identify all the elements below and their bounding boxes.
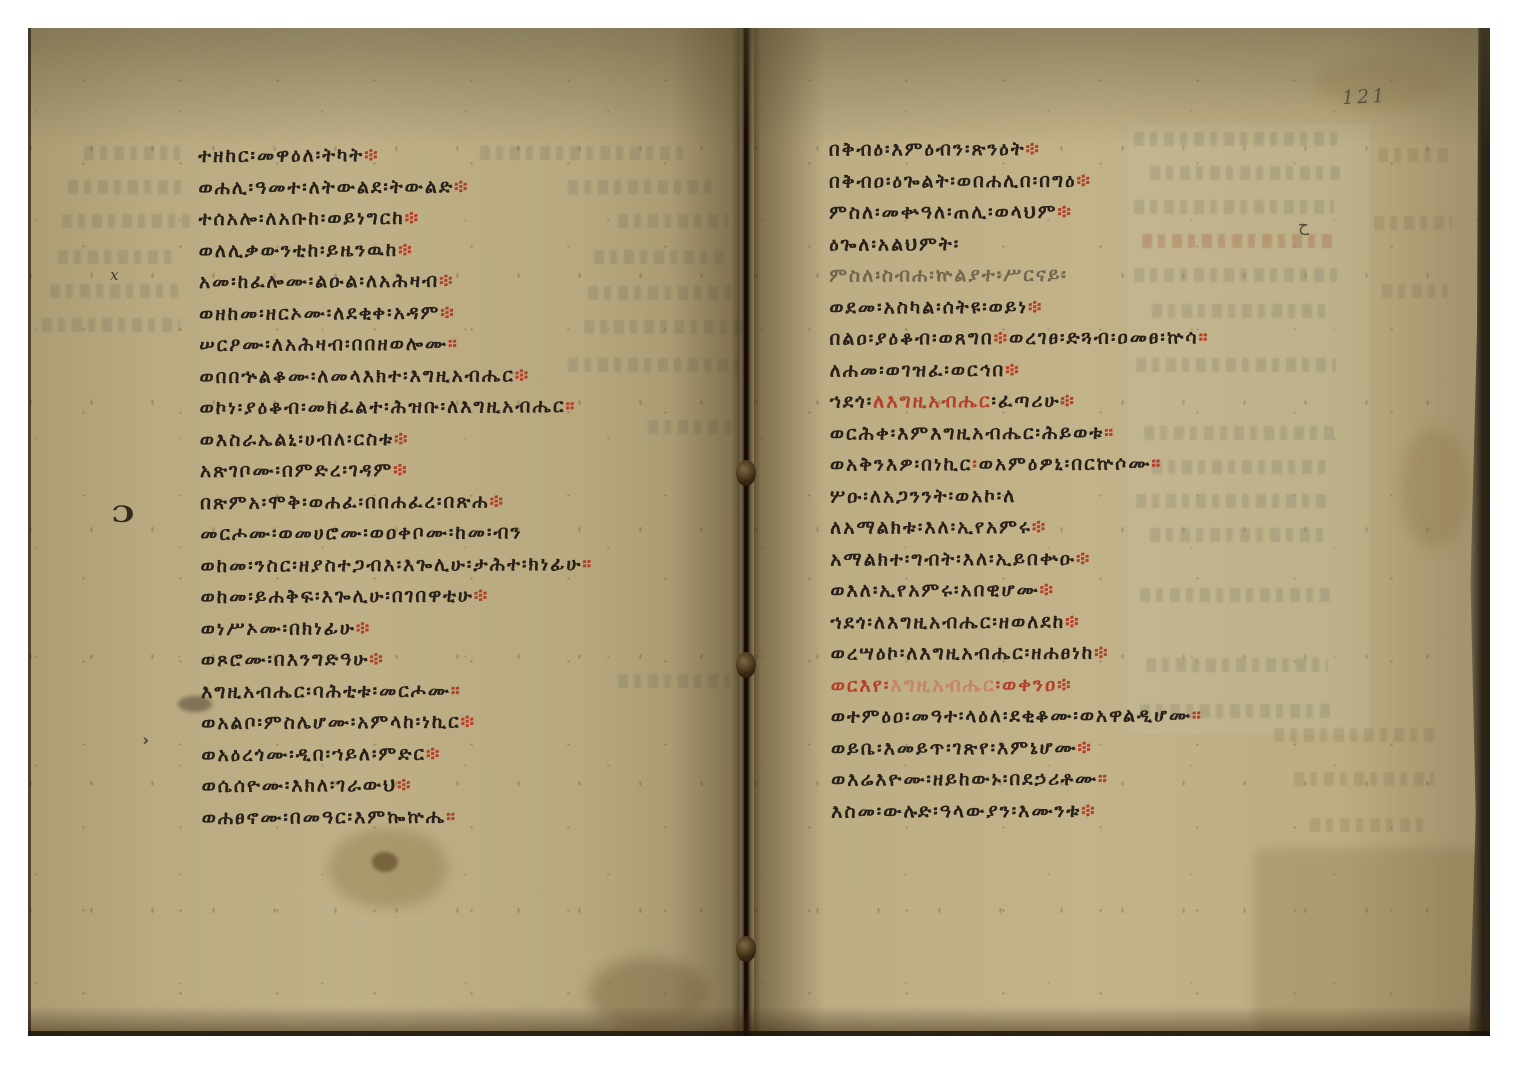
text-line: ወኮነ፡ያዕቆብ፡መክፈልተ፡ሕዝቡ፡ለእግዚአብሔር። <box>200 391 593 425</box>
body-text: ዕጐለ፡አልህምት፡ <box>829 233 960 255</box>
bleed-through-row <box>1274 728 1434 742</box>
body-text: ወኮነ፡ያዕቆብ፡መክፈልተ፡ሕዝቡ፡ለእግዚአብሔር <box>200 395 566 419</box>
body-text: ወርሕቀ፡እምእግዚአብሔር፡ሕይወቱ <box>830 421 1104 444</box>
body-text: ወአምዕዎኒ፡በርኵሶሙ <box>979 453 1152 476</box>
manuscript-photo: x Ɔ › <box>28 28 1490 1036</box>
rubricated-text: ። <box>1098 768 1109 790</box>
rubricated-text: ፨ <box>454 175 469 197</box>
text-line: ሦዑ፡ለአጋንንት፡ወአኮ፡ለ <box>830 480 1210 513</box>
body-text: ወእስራኤልኒ፡ሀብለ፡ርስቱ <box>200 428 394 451</box>
bleed-through-row <box>58 250 176 264</box>
rubricated-text: ወርእየ፡ <box>831 674 891 696</box>
text-line: በጽምአ፡ሞቅ፡ወሐፈ፡በበሐፈረ፡በጽሐ፨ <box>200 485 593 519</box>
body-text: ምስለ፡መቍዓለ፡ጠሊ፡ወላህም <box>829 201 1058 224</box>
page-torn-edge <box>1464 28 1490 1036</box>
text-line: ወአቅንእዎ፡በነኪር፡ወአምዕዎኒ፡በርኵሶሙ። <box>830 448 1210 481</box>
left-page-text: ተዘከር፡መዋዕለ፡ትካት፨ወሐሊ፡ዓመተ፡ለትውልደ፡ትውልድ፨ተሰአሎ፡ለአ… <box>198 139 594 834</box>
text-line: አማልክተ፡ግብት፡እለ፡ኢይበቍዑ፨ <box>830 543 1210 576</box>
text-line: ወደመ፡አስካል፡ሰትዩ፡ወይነ፨ <box>829 291 1209 324</box>
body-text: እስመ፡ውሉድ፡ዓላውያን፡እሙንቱ <box>831 799 1081 822</box>
text-line: ወይቤ፡እመይጥ፡ገጽየ፡እምኔሆሙ፨ <box>831 732 1211 765</box>
rubricated-text: ፨ <box>405 207 420 229</box>
bleed-through-row <box>50 284 178 298</box>
text-line: ወረሣዕኮ፡ለእግዚአብሔር፡ዘሐፀነከ፨ <box>831 637 1211 670</box>
body-text: ወጾሮሙ፡በእንግድዓሁ <box>201 648 370 671</box>
body-text: ምስለ፡ስብሐ፡ኵልያተ፡ሥርናይ፡ <box>829 264 1068 287</box>
text-line: አጽገቦሙ፡በምድረ፡ገዳም፨ <box>200 454 593 488</box>
body-text: አማልክተ፡ግብት፡እለ፡ኢይበቍዑ <box>830 547 1076 570</box>
rubricated-text: ፨ <box>356 617 371 639</box>
body-text: ወደመ፡አስካል፡ሰትዩ፡ወይነ <box>829 295 1028 318</box>
rubricated-text: ፨ <box>1076 547 1091 569</box>
binding-stitch-knot <box>736 652 756 678</box>
body-text: በቅብዐ፡ዕጐልት፡ወበሐሊበ፡በግዕ <box>829 169 1077 192</box>
gutter-shadow <box>754 28 824 1036</box>
body-text: በጽምአ፡ሞቅ፡ወሐፈ፡በበሐፈረ፡በጽሐ <box>200 490 490 514</box>
rubricated-text: ፨ <box>1028 295 1043 317</box>
binding-stitch-knot <box>736 460 756 486</box>
text-line: ወከመ፡ይሐቅፍ፡እጐሊሁ፡በገበዋቲሁ፨ <box>200 580 593 614</box>
body-text: ወረሣዕኮ፡ለእግዚአብሔር፡ዘሐፀነከ <box>831 642 1095 665</box>
body-text: ሦዑ፡ለአጋንንት፡ወአኮ፡ለ <box>830 485 1016 508</box>
margin-mark: › <box>142 730 149 751</box>
body-text: ለአማልክቱ፡እለ፡ኢየአምሩ <box>830 516 1032 539</box>
rubricated-text: ፨ <box>1005 358 1020 380</box>
body-text: ወነሥኦሙ፡በክነፊሁ <box>201 617 356 640</box>
rubricated-text: ፨ <box>393 459 408 481</box>
text-line: ወርእየ፡እግዚአብሔር፡ወቀንዐ፨ <box>831 669 1211 702</box>
text-line: ወአዕረጎሙ፡ዲበ፡ኀይለ፡ምድር፨ <box>201 737 594 771</box>
text-line: ወለሊቃውንቲከ፡ይዜንዉከ፨ <box>199 233 592 267</box>
rubricated-text: ፨ <box>1032 516 1047 538</box>
rubricated-text: ፨ <box>1057 673 1072 695</box>
text-line: ወከመ፡ንስር፡ዘያስተጋብእ፡እጐሊሁ፡ታሕተ፡ክነፊሁ። <box>200 548 593 582</box>
margin-mark: ح <box>1298 216 1309 236</box>
binding-stitch-knot <box>736 936 756 962</box>
photo-left-edge <box>28 28 31 1036</box>
body-text: ወከመ፡ይሐቅፍ፡እጐሊሁ፡በገበዋቲሁ <box>201 585 474 608</box>
body-text: አጽገቦሙ፡በምድረ፡ገዳም <box>200 459 393 482</box>
rubricated-text: ፨ <box>461 711 476 733</box>
text-line: ወርሕቀ፡እምእግዚአብሔር፡ሕይወቱ። <box>830 417 1210 450</box>
text-line: ኀደጎ፡ለእግዚአብሔር፡ፈጣሪሁ፨ <box>830 385 1210 418</box>
text-line: በልዐ፡ያዕቆብ፡ወጸግበ፨ወረገፀ፡ድጓብ፡ዐመፀ፡ኵሳ። <box>829 322 1209 355</box>
text-line: መርሖሙ፡ወመሀሮሙ፡ወዐቀቦሙ፡ከመ፡ብን <box>200 517 593 551</box>
body-text: በልዐ፡ያዕቆብ፡ወጸግበ <box>829 327 993 350</box>
text-line: ወእለ፡ኢየአምሩ፡አበዊሆሙ፨ <box>830 574 1210 607</box>
text-line: ወእስራኤልኒ፡ሀብለ፡ርስቱ፨ <box>200 422 593 456</box>
rubricated-text: ፨ <box>426 742 441 764</box>
rubricated-text: ፨ <box>1077 736 1092 758</box>
rubricated-text: ፨ <box>1057 201 1072 223</box>
text-line: በቅብዐ፡ዕጐልት፡ወበሐሊበ፡በግዕ፨ <box>829 165 1209 198</box>
photo-bottom-edge <box>28 1031 1490 1036</box>
rubricated-text: ፨ <box>398 238 413 260</box>
rubricated-text: ፨ <box>439 270 454 292</box>
body-text: ኀደጎ፡ለእግዚአብሔር፡ዘወለደከ <box>830 610 1065 633</box>
rubricated-text: ፨ <box>1094 642 1109 664</box>
gutter-shadow <box>670 28 740 1036</box>
stain <box>1400 428 1470 548</box>
gutter-line <box>744 28 748 1036</box>
photo-top-shadow <box>28 28 1490 148</box>
text-line: ወዘከመ፡ዘርኦሙ፡ለደቂቀ፡አዳም፨ <box>199 296 592 330</box>
body-text: ወእለ፡ኢየአምሩ፡አበዊሆሙ <box>830 579 1039 602</box>
body-text: ወሐፀኖሙ፡በመዓር፡እምኰኵሔ <box>202 805 447 828</box>
text-line: ምስለ፡መቍዓለ፡ጠሊ፡ወላህም፨ <box>829 196 1209 229</box>
text-line: ወሐፀኖሙ፡በመዓር፡እምኰኵሔ። <box>202 800 595 834</box>
text-line: አመ፡ከፈሎሙ፡ልዑል፡ለአሕዛብ፨ <box>199 265 592 299</box>
text-line: ሠርዖሙ፡ለአሕዛብ፡በበዘወሎሙ። <box>199 328 592 362</box>
text-line: ወሐሊ፡ዓመተ፡ለትውልደ፡ትውልድ፨ <box>198 170 591 204</box>
margin-mark: x <box>110 266 118 284</box>
rubricated-text: ፨ <box>1077 169 1092 191</box>
body-text: አመ፡ከፈሎሙ፡ልዑል፡ለአሕዛብ <box>199 270 439 293</box>
rubricated-text: ፨ <box>369 648 384 670</box>
text-line: ምስለ፡ስብሐ፡ኵልያተ፡ሥርናይ፡ <box>829 259 1209 292</box>
rubricated-text: ፨ <box>440 301 455 323</box>
stain <box>372 852 398 872</box>
rubricated-text: ። <box>582 552 593 574</box>
body-text: ወበበኍልቆሙ፡ለመላእክተ፡እግዚአብሔር <box>199 364 515 388</box>
rubricated-text: ። <box>565 395 576 417</box>
text-line: ወሴሰዮሙ፡እክለ፡ገራውህ፨ <box>201 769 594 803</box>
text-line: ዕጐለ፡አልህምት፡ <box>829 228 1209 261</box>
bleed-through-row <box>68 180 186 194</box>
body-text: ወለሊቃውንቲከ፡ይዜንዉከ <box>199 238 399 261</box>
text-line: ወተምዕዐ፡መዓተ፡ላዕለ፡ደቂቆሙ፡ወአዋልዲሆሙ። <box>831 700 1211 733</box>
text-line: ወነሥኦሙ፡በክነፊሁ፨ <box>201 611 594 645</box>
rubricated-text: ፨ <box>1060 390 1075 412</box>
bleed-through-row <box>42 318 180 332</box>
rubricated-text: ። <box>448 333 459 355</box>
rubricated-text: ፨ <box>489 490 504 512</box>
rubricated-text: ። <box>451 679 462 701</box>
body-text: ወይቤ፡እመይጥ፡ገጽየ፡እምኔሆሙ <box>831 736 1078 759</box>
text-line: ለሐመ፡ወገዝፈ፡ወርኅበ፨ <box>830 354 1210 387</box>
text-line: ወጾሮሙ፡በእንግድዓሁ፨ <box>201 643 594 677</box>
body-text: ሠርዖሙ፡ለአሕዛብ፡በበዘወሎሙ <box>199 333 448 356</box>
body-text: ወዘከመ፡ዘርኦሙ፡ለደቂቀ፡አዳም <box>199 301 440 324</box>
body-text: ወሐሊ፡ዓመተ፡ለትውልደ፡ትውልድ <box>198 175 454 198</box>
body-text: ወእሬእዮሙ፡ዘይከውኑ፡በደኃሪቶሙ <box>831 768 1098 791</box>
body-text: ወአልቦ፡ምስሌሆሙ፡አምላከ፡ነኪር <box>201 711 460 734</box>
rubricated-text: ። <box>1199 326 1210 348</box>
rubricated-text: ፨ <box>515 364 530 386</box>
rubricated-text: ። <box>1104 421 1115 443</box>
rubricated-text: ፡ወቀንዐ <box>996 673 1058 695</box>
body-text: ወተምዕዐ፡መዓተ፡ላዕለ፡ደቂቆሙ፡ወአዋልዲሆሙ <box>831 704 1192 727</box>
rubricated-text: ። <box>1151 453 1162 475</box>
body-text: መርሖሙ፡ወመሀሮሙ፡ወዐቀቦሙ፡ከመ፡ብን <box>200 521 522 545</box>
body-text: ወአቅንእዎ፡በነኪር <box>830 453 972 475</box>
binding-gutter <box>731 28 761 1036</box>
body-text: ወከመ፡ንስር፡ዘያስተጋብእ፡እጐሊሁ፡ታሕተ፡ክነፊሁ <box>200 553 582 577</box>
bleed-through-row <box>1310 818 1430 832</box>
right-page-text: በቅብዕ፡እምዕብን፡ጽንዕት፨በቅብዐ፡ዕጐልት፡ወበሐሊበ፡በግዕ፨ምስለ፡… <box>829 133 1211 827</box>
text-line: እግዚአብሔር፡ባሕቲቱ፡መርሖሙ። <box>201 674 594 708</box>
rubricated-text: ። <box>1192 704 1203 726</box>
stain <box>328 828 448 908</box>
bleed-through-row <box>1294 772 1434 786</box>
body-text: እግዚአብሔር፡ባሕቲቱ፡መርሖሙ <box>201 679 451 702</box>
body-text: ለሐመ፡ወገዝፈ፡ወርኅበ <box>830 359 1006 382</box>
text-line: እስመ፡ውሉድ፡ዓላውያን፡እሙንቱ፨ <box>831 795 1211 828</box>
rubricated-text: ፨ <box>394 427 409 449</box>
body-text: ኀደጎ፡ <box>830 391 874 413</box>
text-line: ለአማልክቱ፡እለ፡ኢየአምሩ፨ <box>830 511 1210 544</box>
text-line: ተሰአሎ፡ለአቡከ፡ወይነግርከ፨ <box>199 202 592 236</box>
text-line: ወበበኍልቆሙ፡ለመላእክተ፡እግዚአብሔር፨ <box>199 359 592 393</box>
bleed-through-row <box>1374 216 1452 230</box>
text-line: ኀደጎ፡ለእግዚአብሔር፡ዘወለደከ፨ <box>830 606 1210 639</box>
rubricated-text: ፨ <box>1040 579 1055 601</box>
body-text: ወሴሰዮሙ፡እክለ፡ገራውህ <box>202 774 398 797</box>
rubricated-text: ። <box>446 805 457 827</box>
rubricated-text: ፨ <box>1065 610 1080 632</box>
bleed-through-row <box>84 146 180 160</box>
bleed-through-row <box>1382 284 1448 298</box>
rubricated-text: ፨ <box>474 585 489 607</box>
body-text: ወአዕረጎሙ፡ዲበ፡ኀይለ፡ምድር <box>201 742 426 765</box>
body-text: ፡ፈጣሪሁ <box>991 390 1060 412</box>
rubricated-text: ፨ <box>397 774 412 796</box>
text-line: ወአልቦ፡ምስሌሆሙ፡አምላከ፡ነኪር፨ <box>201 706 594 740</box>
bleed-through-row <box>62 214 190 228</box>
margin-mark: Ɔ <box>112 501 134 527</box>
text-line: ወእሬእዮሙ፡ዘይከውኑ፡በደኃሪቶሙ። <box>831 763 1211 796</box>
rubricated-text: ፨ <box>1081 799 1096 821</box>
bleed-through-row <box>1378 148 1448 162</box>
body-text: ወረገፀ፡ድጓብ፡ዐመፀ፡ኵሳ <box>1009 326 1199 349</box>
rubricated-text: እግዚአብሔር <box>890 674 995 696</box>
rubricated-text: ለእግዚአብሔር <box>873 390 991 412</box>
body-text: ተሰአሎ፡ለአቡከ፡ወይነግርከ <box>199 207 405 230</box>
rubricated-text: ፨ <box>994 327 1009 349</box>
